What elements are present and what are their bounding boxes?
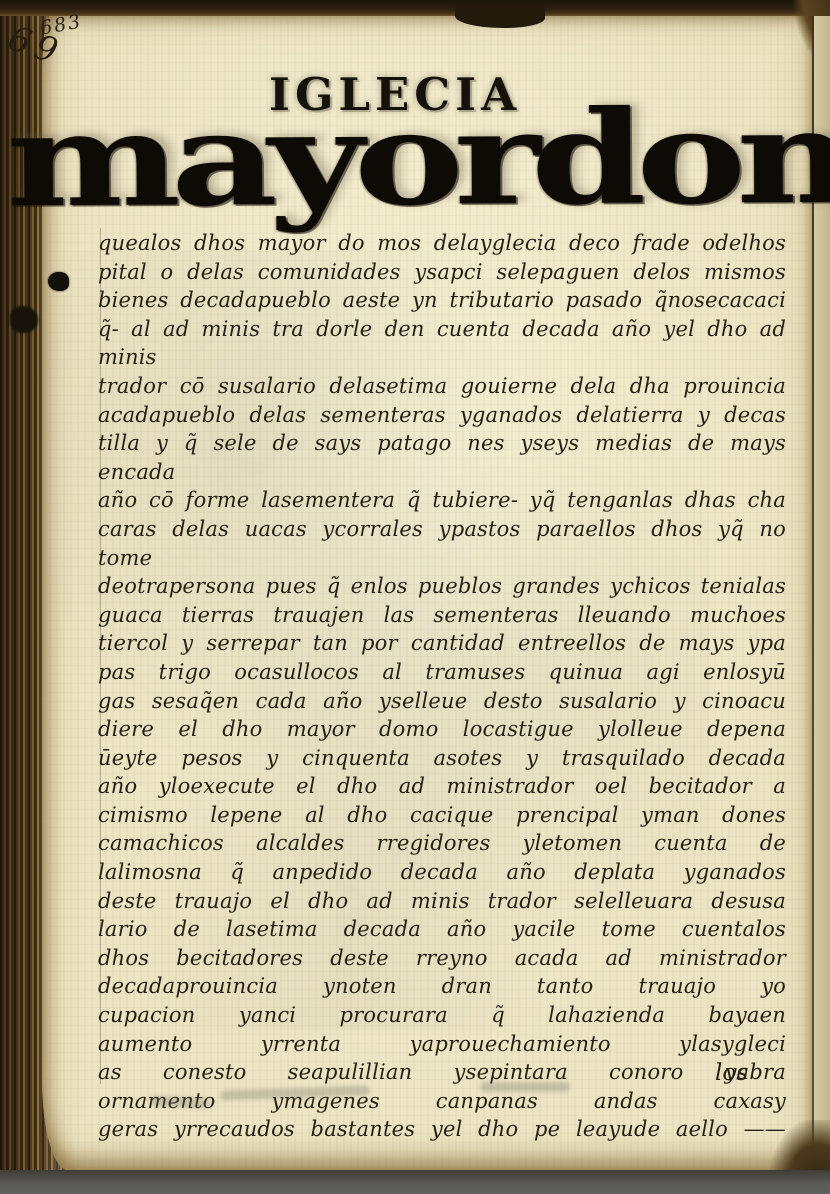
manuscript-line: tilla y q̃ sele de says patago nes yseys… <box>98 429 786 486</box>
manuscript-line: lario de lasetima decada año yacile tome… <box>98 915 786 944</box>
manuscript-line: dhos becitadores deste rreyno acada ad m… <box>98 944 786 973</box>
manuscript-line: año cō forme lasementera q̃ tubiere- yq̃… <box>98 486 786 515</box>
manuscript-line: lalimosna q̃ anpedido decada año deplata… <box>98 858 786 887</box>
manuscript-line: bienes decadapueblo aeste yn tributario … <box>98 286 786 315</box>
manuscript-line: cimismo lepene al dho cacique prencipal … <box>98 801 786 830</box>
ink-blot <box>10 306 38 333</box>
manuscript-line: decadaprouincia ynoten dran tanto trauaj… <box>98 972 786 1001</box>
page-heading-wrap: mayordomo mayordomo <box>0 96 830 236</box>
manuscript-line: pital o delas comunidades ysapci selepag… <box>98 258 786 287</box>
page-heading: mayordomo <box>6 93 827 225</box>
scan-backdrop <box>0 1170 830 1194</box>
faded-ghost-writing <box>480 1082 570 1092</box>
manuscript-line: deotrapersona pues q̃ enlos pueblos gran… <box>98 572 786 601</box>
manuscript-line: año yloexecute el dho ad ministrador oel… <box>98 772 786 801</box>
manuscript-line: guaca tierras trauajen las sementeras ll… <box>98 601 786 630</box>
manuscript-line: trador cō susalario delasetima gouierne … <box>98 372 786 401</box>
manuscript-line: geras yrrecaudos bastantes yel dho pe le… <box>98 1115 786 1144</box>
manuscript-text-block: quealos dhos mayor do mos delayglecia de… <box>98 229 786 1144</box>
manuscript-line: ūeyte pesos y cinquenta asotes y trasqui… <box>98 744 786 773</box>
manuscript-line: caras delas uacas ycorrales ypastos para… <box>98 515 786 572</box>
manuscript-line: q̃- al ad minis tra dorle den cuenta dec… <box>98 315 786 372</box>
manuscript-line: aumento yrrenta yaprouechamiento ylasygl… <box>98 1030 786 1059</box>
manuscript-line: cupacion yanci procurara q̃ lahazienda b… <box>98 1001 786 1030</box>
manuscript-scan: 683 69 IGLECIA mayordomo mayordomo queal… <box>0 0 830 1194</box>
manuscript-line: diere el dho mayor domo locastigue yloll… <box>98 715 786 744</box>
manuscript-line: pas trigo ocasullocos al tramuses quinua… <box>98 658 786 687</box>
manuscript-line: camachicos alcaldes rregidores yletomen … <box>98 829 786 858</box>
ink-blot <box>48 272 69 291</box>
top-binding-edge <box>0 0 830 16</box>
manuscript-line: quealos dhos mayor do mos delayglecia de… <box>98 229 786 258</box>
manuscript-line: gas sesaq̃en cada año yselleue desto sus… <box>98 687 786 716</box>
manuscript-line: deste trauajo el dho ad minis trador sel… <box>98 887 786 916</box>
catchword: los <box>98 1060 776 1086</box>
manuscript-line: tiercol y serrepar tan por cantidad entr… <box>98 629 786 658</box>
manuscript-line: acadapueblo delas sementeras yganados de… <box>98 401 786 430</box>
